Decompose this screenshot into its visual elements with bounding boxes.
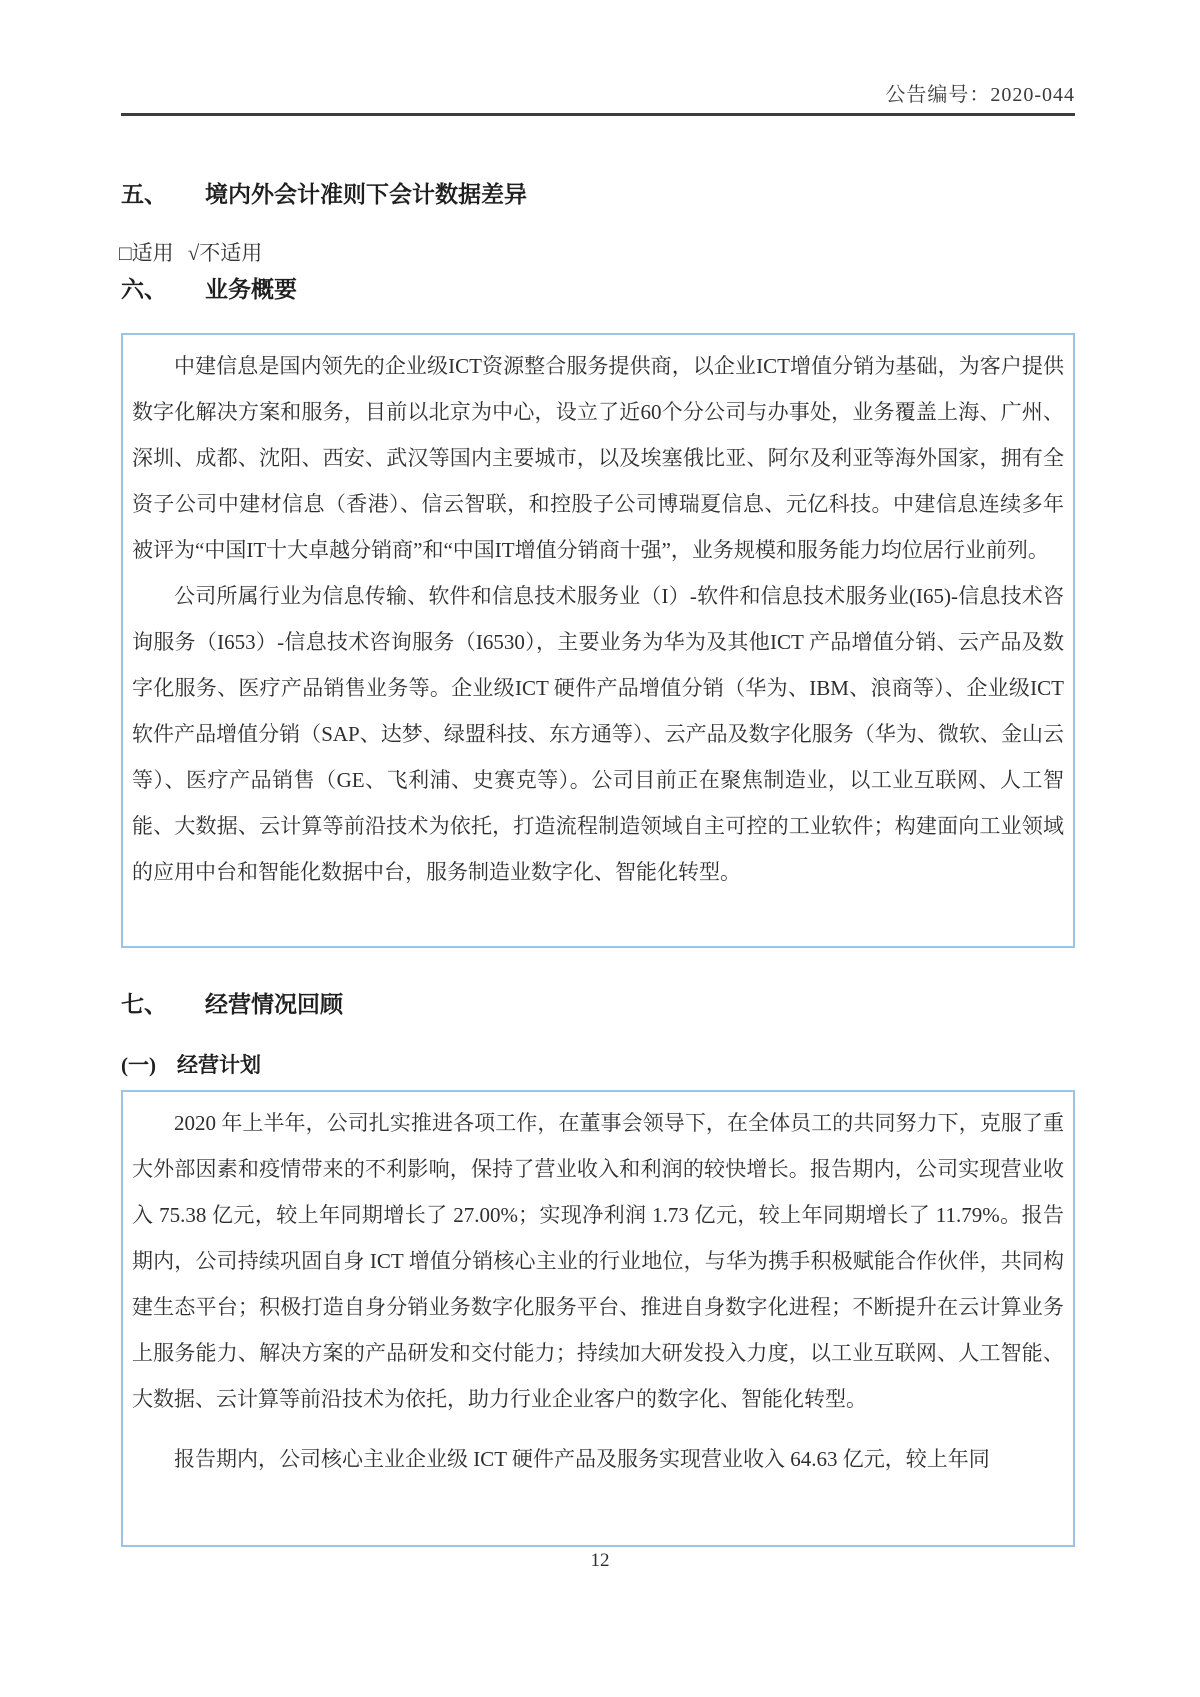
operating-plan-paragraph-2: 报告期内，公司核心主业企业级 ICT 硬件产品及服务实现营业收入 64.63 亿… — [132, 1436, 1064, 1482]
operating-plan-box: 2020 年上半年，公司扎实推进各项工作，在董事会领导下，在全体员工的共同努力下… — [121, 1090, 1075, 1547]
operating-plan-paragraph-1: 2020 年上半年，公司扎实推进各项工作，在董事会领导下，在全体员工的共同努力下… — [132, 1100, 1064, 1422]
section-7-heading: 七、经营情况回顾 — [121, 986, 343, 1019]
section-5-heading: 五、境内外会计准则下会计数据差异 — [121, 176, 527, 209]
section-7-title: 经营情况回顾 — [205, 992, 343, 1017]
not-applicable-checked-option: √不适用 — [188, 241, 263, 265]
section-5-title: 境内外会计准则下会计数据差异 — [205, 182, 527, 207]
section-7-number: 七、 — [121, 986, 205, 1019]
section-7-1-title: 经营计划 — [177, 1053, 261, 1077]
section-6-number: 六、 — [121, 271, 205, 304]
header-divider — [121, 113, 1075, 116]
page-number: 12 — [0, 1550, 1200, 1572]
business-overview-box: 中建信息是国内领先的企业级ICT资源整合服务提供商，以企业ICT增值分销为基础，… — [121, 333, 1075, 948]
section-7-1-heading: (一)经营计划 — [121, 1049, 261, 1079]
section-6-title: 业务概要 — [205, 277, 297, 302]
section-6-heading: 六、业务概要 — [121, 271, 297, 304]
announcement-number: 公告编号：2020-044 — [121, 78, 1075, 107]
business-overview-paragraph-2: 公司所属行业为信息传输、软件和信息技术服务业（I）-软件和信息技术服务业(I65… — [132, 573, 1064, 895]
applicable-checkbox-option: □适用 — [119, 241, 174, 265]
section-5-number: 五、 — [121, 176, 205, 209]
applicability-row: □适用√不适用 — [119, 237, 276, 267]
business-overview-paragraph-1: 中建信息是国内领先的企业级ICT资源整合服务提供商，以企业ICT增值分销为基础，… — [132, 343, 1064, 573]
document-page: 公告编号：2020-044 五、境内外会计准则下会计数据差异 □适用√不适用 六… — [0, 0, 1200, 1697]
section-7-1-number: (一) — [121, 1049, 177, 1079]
